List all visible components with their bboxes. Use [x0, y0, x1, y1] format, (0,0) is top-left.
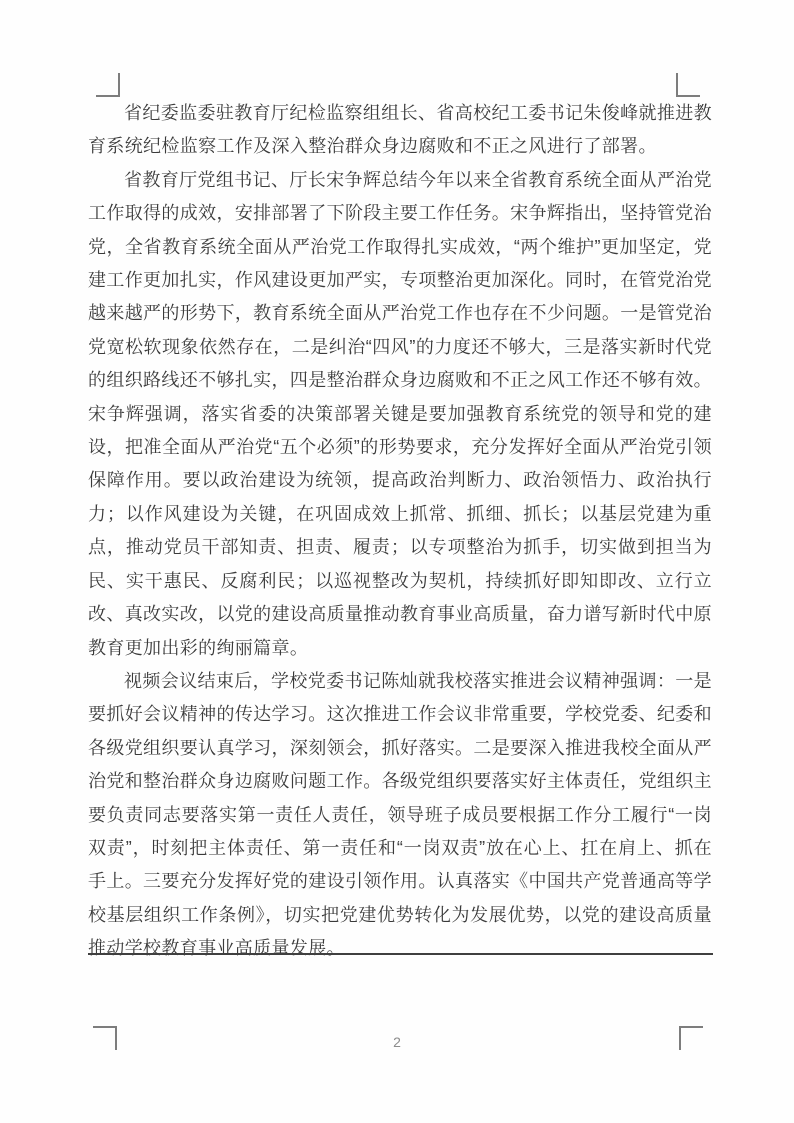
- crop-mark-top-left: [96, 73, 120, 97]
- document-body: 省纪委监委驻教育厅纪检监察组组长、省高校纪工委书记朱俊峰就推进教育系统纪检监察工…: [88, 97, 712, 966]
- paragraph-provincial-speech: 省教育厅党组书记、厅长宋争辉总结今年以来全省教育系统全面从严治党工作取得的成效，…: [88, 164, 712, 665]
- page-number: 2: [0, 1034, 794, 1050]
- footer-divider: [88, 953, 713, 955]
- document-page: 省纪委监委驻教育厅纪检监察组组长、省高校纪工委书记朱俊峰就推进教育系统纪检监察工…: [0, 0, 794, 1123]
- paragraph-school-followup: 视频会议结束后，学校党委书记陈灿就我校落实推进会议精神强调：一是要抓好会议精神的…: [88, 665, 712, 966]
- paragraph-deployment: 省纪委监委驻教育厅纪检监察组组长、省高校纪工委书记朱俊峰就推进教育系统纪检监察工…: [88, 97, 712, 164]
- crop-mark-top-right: [676, 73, 700, 97]
